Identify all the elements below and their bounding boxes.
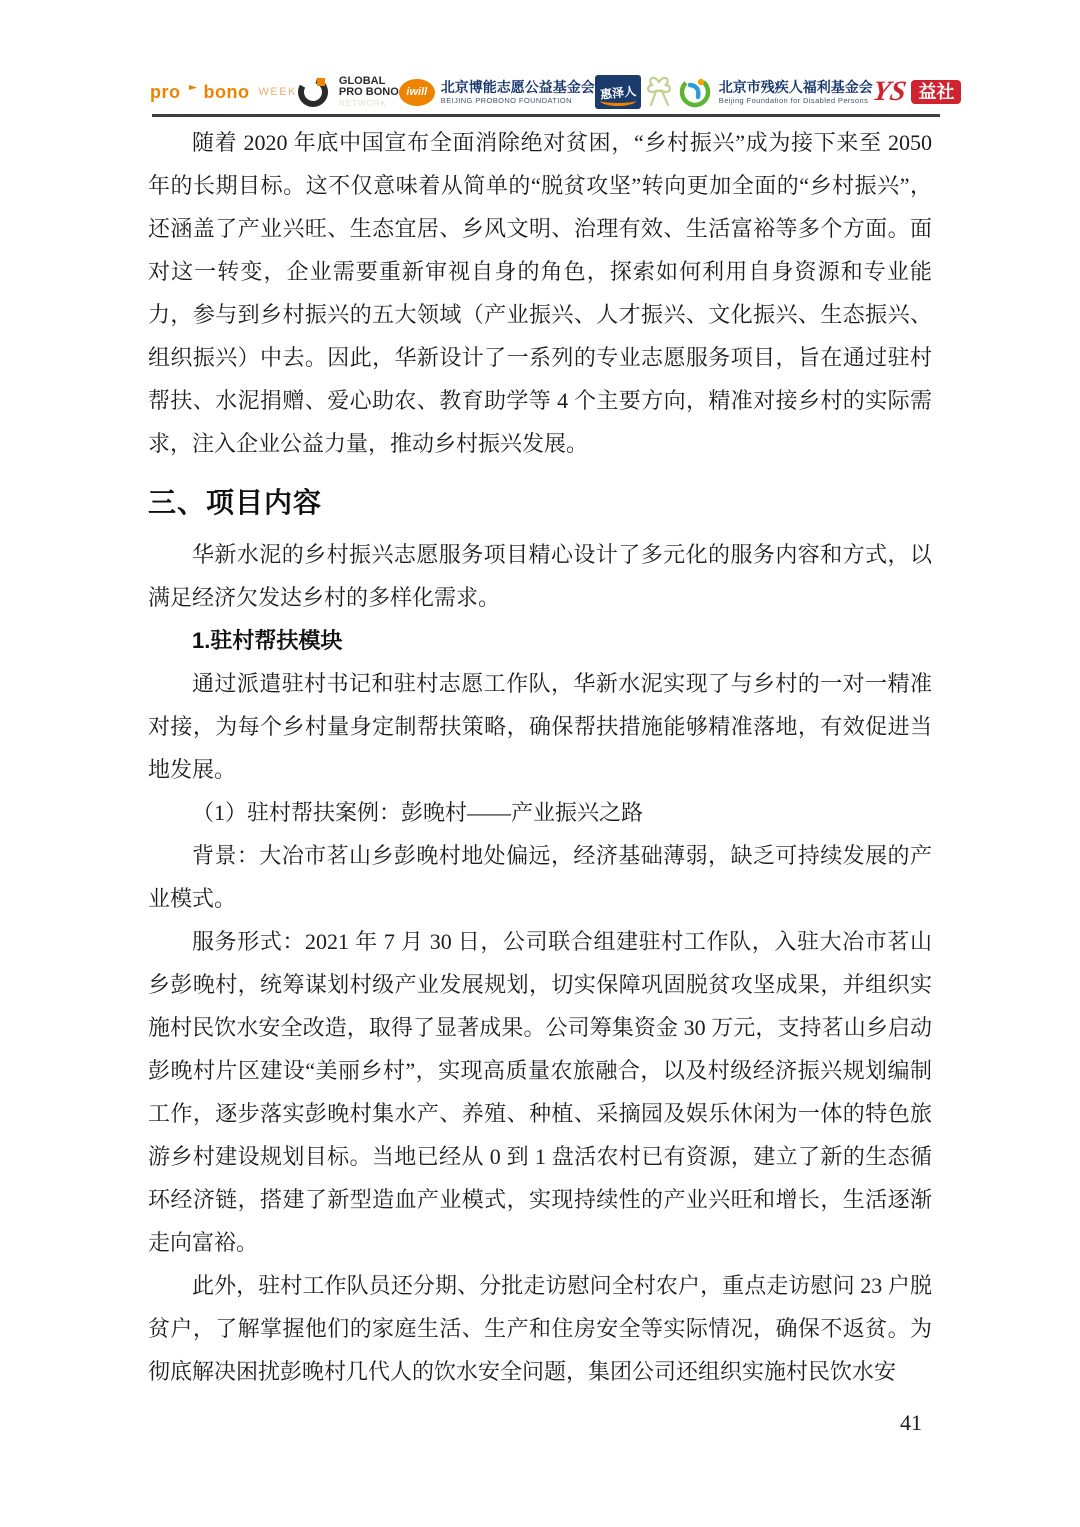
logo-pro-bono-week: pro bono WEEK <box>150 82 297 103</box>
logo-beijing-probono-foundation: iwill 北京博能志愿公益基金会 BEIJING PROBONO FOUNDA… <box>399 79 595 106</box>
iwill-badge-icon: iwill <box>399 79 435 106</box>
paragraph-overview: 华新水泥的乡村振兴志愿服务项目精心设计了多元化的服务内容和方式，以满足经济欠发达… <box>148 533 932 619</box>
header-divider <box>152 114 940 117</box>
beijing-probono-text: 北京博能志愿公益基金会 BEIJING PROBONO FOUNDATION <box>441 79 595 104</box>
subsection-heading-module1: 1.驻村帮扶模块 <box>148 619 932 662</box>
logo-bar: pro bono WEEK GLOBAL PRO BONO NETWORK iw… <box>150 66 932 118</box>
document-content: 随着 2020 年底中国宣布全面消除绝对贫困，“乡村振兴”成为接下来至 2050… <box>148 121 932 1393</box>
logo-disabled-persons-foundation: 北京市残疾人福利基金会 Beijing Foundation for Disab… <box>677 74 873 110</box>
flag-icon <box>187 83 198 101</box>
logo-huizeren: 惠泽人 <box>595 75 641 109</box>
paragraph-case-title: （1）驻村帮扶案例：彭晚村——产业振兴之路 <box>148 791 932 834</box>
swirl-circle-icon <box>677 74 713 110</box>
huizeren-icon: 惠泽人 <box>595 75 641 109</box>
disabled-foundation-text: 北京市残疾人福利基金会 Beijing Foundation for Disab… <box>719 79 873 104</box>
pro-bono-week-bono: bono <box>204 82 250 103</box>
page-number: 41 <box>900 1410 922 1436</box>
global-pro-bono-text: GLOBAL PRO BONO NETWORK <box>339 76 399 108</box>
document-page: pro bono WEEK GLOBAL PRO BONO NETWORK iw… <box>0 0 1080 1527</box>
logo-green-ribbon <box>641 72 677 112</box>
pro-bono-week-week: WEEK <box>258 86 296 98</box>
paragraph-background: 背景：大冶市茗山乡彭晚村地处偏远，经济基础薄弱，缺乏可持续发展的产业模式。 <box>148 834 932 920</box>
yishe-cn: 益社 <box>911 80 961 104</box>
disabled-foundation-en: Beijing Foundation for Disabled Persons <box>719 96 873 105</box>
pro-bono-week-pro: pro <box>150 82 181 103</box>
paragraph-service-form: 服务形式：2021 年 7 月 30 日，公司联合组建驻村工作队，入驻大冶市茗山… <box>148 920 932 1264</box>
yishe-ys-icon: YS <box>870 78 908 106</box>
paragraph-module1-intro: 通过派遣驻村书记和驻村志愿工作队，华新水泥实现了与乡村的一对一精准对接，为每个乡… <box>148 662 932 791</box>
beijing-probono-en: BEIJING PROBONO FOUNDATION <box>441 96 595 105</box>
beijing-probono-cn: 北京博能志愿公益基金会 <box>441 79 595 95</box>
global-c-icon <box>297 76 329 108</box>
ribbon-figure-icon <box>641 72 677 112</box>
logo-global-pro-bono: GLOBAL PRO BONO NETWORK <box>297 76 399 108</box>
global-line3: NETWORK <box>339 100 399 108</box>
paragraph-intro: 随着 2020 年底中国宣布全面消除绝对贫困，“乡村振兴”成为接下来至 2050… <box>148 121 932 465</box>
disabled-foundation-cn: 北京市残疾人福利基金会 <box>719 79 873 95</box>
global-line2: PRO BONO <box>339 87 399 98</box>
logo-yishe: YS 益社 <box>873 78 962 106</box>
paragraph-additional: 此外，驻村工作队员还分期、分批走访慰问全村农户，重点走访慰问 23 户脱贫户，了… <box>148 1264 932 1393</box>
huizeren-swoosh <box>600 95 636 106</box>
section-heading: 三、项目内容 <box>148 481 932 521</box>
